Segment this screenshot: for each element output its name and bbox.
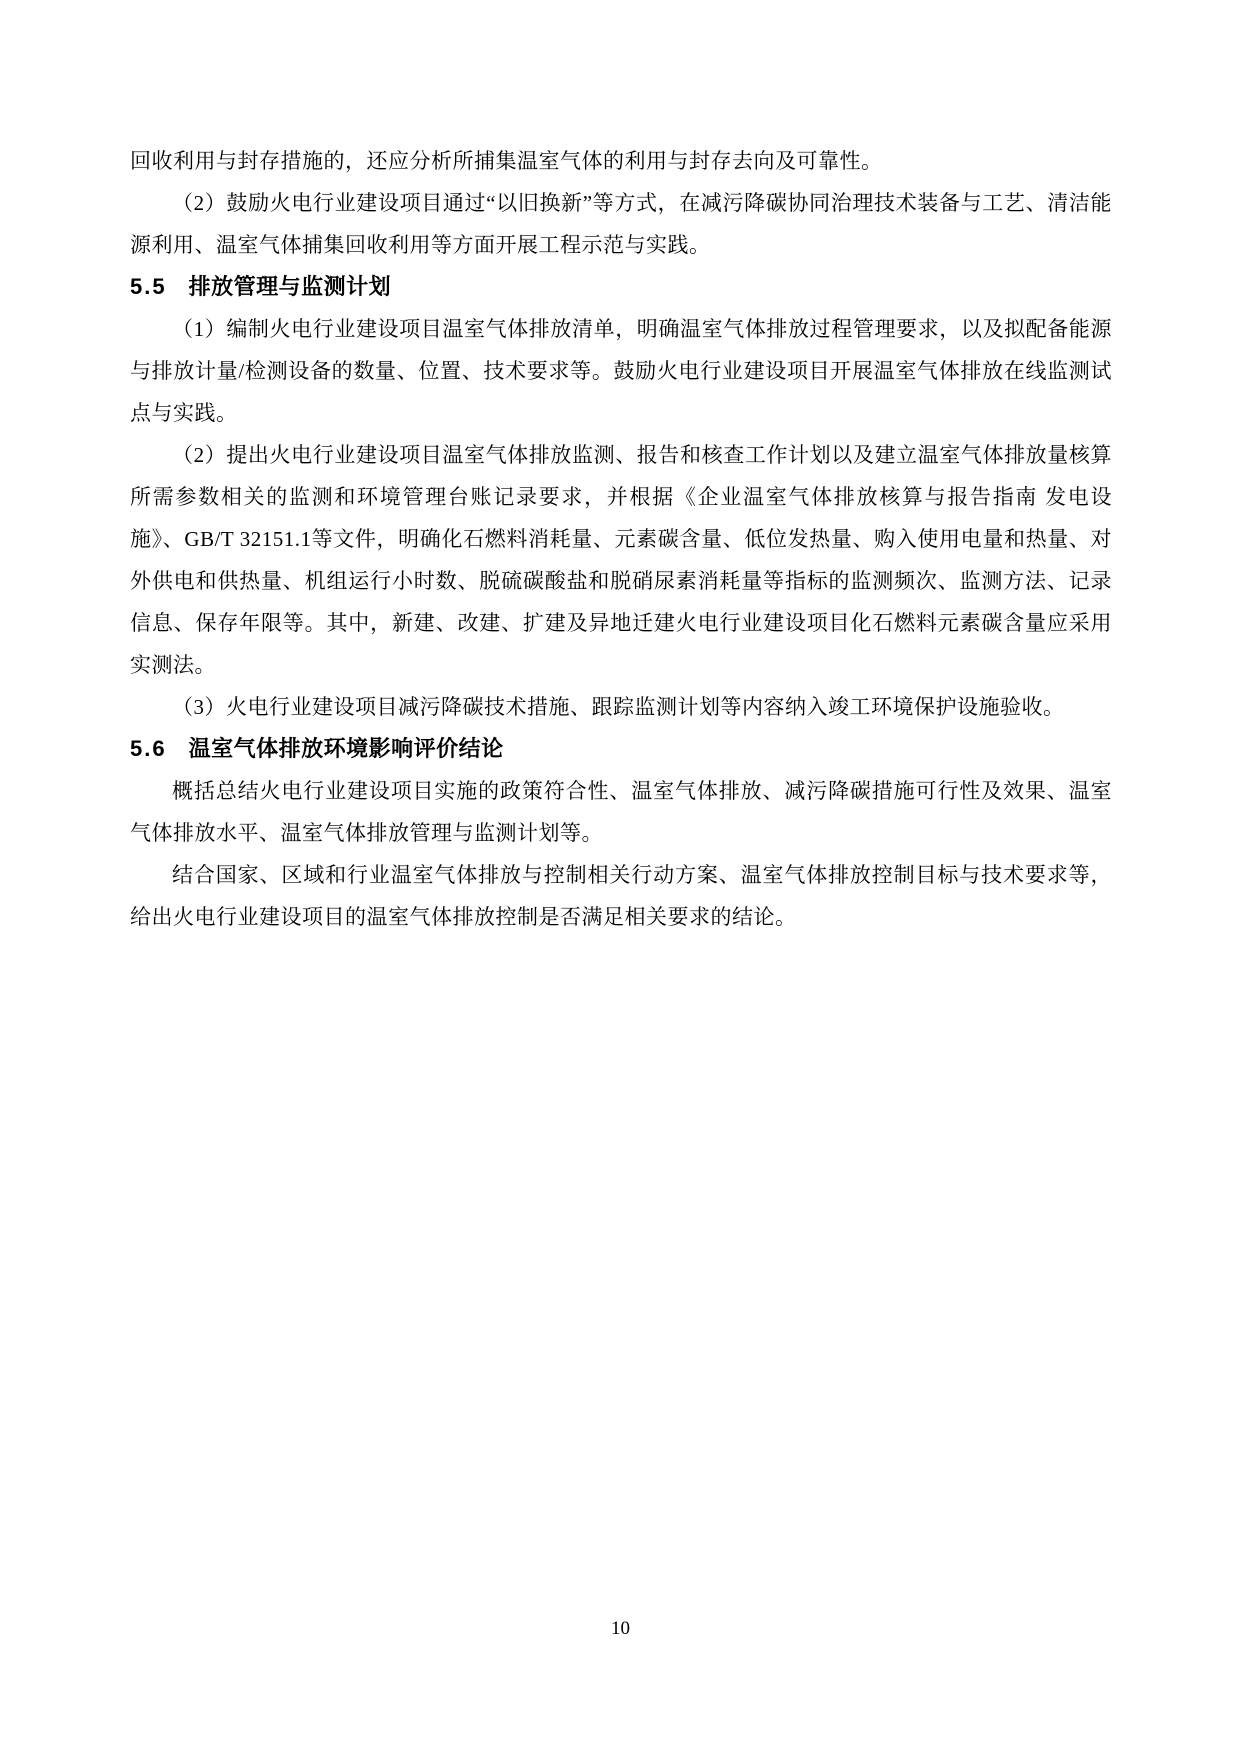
section-heading-5-6: 5.6温室气体排放环境影响评价结论 (130, 728, 1112, 770)
document-page: 回收利用与封存措施的，还应分析所捕集温室气体的利用与封存去向及可靠性。 （2）鼓… (0, 0, 1241, 1755)
paragraph-item-2b: （2）提出火电行业建设项目温室气体排放监测、报告和核查工作计划以及建立温室气体排… (130, 434, 1112, 686)
paragraph-conclusion: 结合国家、区域和行业温室气体排放与控制相关行动方案、温室气体排放控制目标与技术要… (130, 854, 1112, 938)
paragraph-item-2: （2）鼓励火电行业建设项目通过“以旧换新”等方式，在减污降碳协同治理技术装备与工… (130, 182, 1112, 266)
page-footer: 10 (0, 1616, 1241, 1642)
section-heading-5-5: 5.5排放管理与监测计划 (130, 266, 1112, 308)
paragraph-continuation: 回收利用与封存措施的，还应分析所捕集温室气体的利用与封存去向及可靠性。 (130, 140, 1112, 182)
paragraph-summary: 概括总结火电行业建设项目实施的政策符合性、温室气体排放、减污降碳措施可行性及效果… (130, 770, 1112, 854)
section-number: 5.6 (130, 728, 167, 770)
paragraph-item-3: （3）火电行业建设项目减污降碳技术措施、跟踪监测计划等内容纳入竣工环境保护设施验… (130, 686, 1112, 728)
paragraph-item-1: （1）编制火电行业建设项目温室气体排放清单，明确温室气体排放过程管理要求，以及拟… (130, 308, 1112, 434)
section-number: 5.5 (130, 266, 167, 308)
section-title: 排放管理与监测计划 (189, 274, 392, 299)
document-body: 回收利用与封存措施的，还应分析所捕集温室气体的利用与封存去向及可靠性。 （2）鼓… (130, 140, 1112, 938)
section-title: 温室气体排放环境影响评价结论 (189, 736, 504, 761)
page-number: 10 (611, 1618, 630, 1639)
